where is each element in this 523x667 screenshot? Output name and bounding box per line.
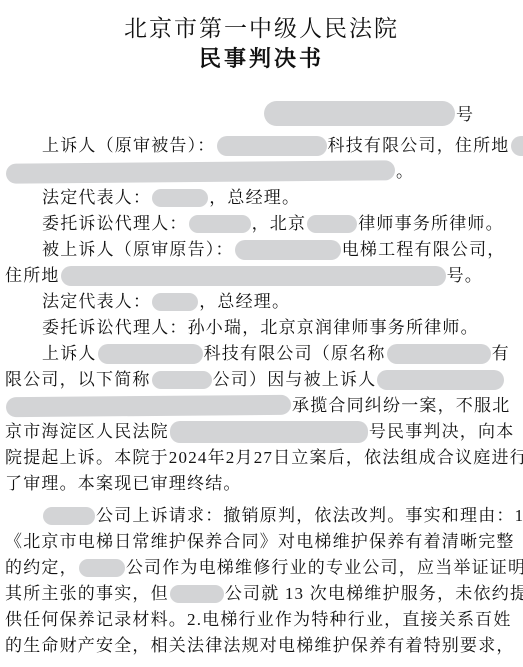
legal-rep-line-2: 法定代表人：，总经理。 — [0, 289, 523, 315]
claim-prefix: 其所主张的事实，但 — [5, 584, 169, 603]
redacted-company-abbrev — [79, 559, 125, 577]
appeal-request-text: 公司上诉请求：撤销原判，依法改判。事实和理由：1. — [96, 506, 523, 525]
appellee-label: 被上诉人（原审原告）： — [42, 240, 234, 259]
judgment-document-page: 北京市第一中级人民法院 民事判决书 号 上诉人（原审被告）：科技有限公司，住所地… — [0, 0, 523, 667]
redacted-case-number — [264, 101, 455, 126]
filing-text: 院提起上诉。本院于2024年2月27日立案后，依法组成合议庭进行 — [5, 448, 523, 467]
redacted-address-start — [511, 136, 523, 156]
agent-city: ，北京 — [252, 214, 307, 233]
legal-rep-title: ，总经理。 — [209, 188, 300, 207]
intro-tail-char: 有 — [492, 344, 510, 363]
redacted-abbrev-name — [152, 371, 212, 389]
agreement-prefix: 的约定， — [5, 558, 78, 577]
intro-company-type: 科技有限公司（原名称 — [204, 344, 386, 363]
appellant-line: 上诉人（原审被告）：科技有限公司，住所地 — [0, 133, 523, 159]
appeal-request-line-4: 其所主张的事实，但公司就 13 次电梯维护服务，未依约提 — [0, 581, 523, 607]
redacted-lower-case-number — [170, 421, 368, 443]
case-intro-line-5: 院提起上诉。本院于2024年2月27日立案后，依法组成合议庭进行 — [0, 445, 523, 471]
lower-judgment-suffix: 号民事判决，向本 — [369, 422, 515, 441]
legal-rep-line-1: 法定代表人：，总经理。 — [0, 185, 523, 211]
appeal-request-line-5: 供任何保养记录材料。2.电梯行业作为特种行业，直接关系百姓 — [0, 607, 523, 633]
redacted-address — [6, 160, 395, 183]
redacted-person-name — [152, 293, 198, 311]
case-intro-line-4: 京市海淀区人民法院号民事判决，向本 — [0, 419, 523, 445]
agreement-suffix: 公司作为电梯维修行业的专业公司，应当举证证明 — [126, 558, 523, 577]
safety-requirement-text: 的生命财产安全，相关法律法规对电梯维护保养有着特别要求， — [5, 636, 515, 655]
redacted-company-name — [98, 344, 203, 364]
redacted-person-name — [152, 189, 208, 207]
agent-full-text: 委托诉讼代理人：孙小瑞，北京京润律师事务所律师。 — [42, 318, 479, 337]
appeal-request-line-1: 公司上诉请求：撤销原判，依法改判。事实和理由：1. — [0, 503, 523, 529]
address-suffix: 号。 — [447, 266, 483, 285]
conclusion-text: 了审理。本案现已审理终结。 — [5, 474, 242, 493]
intro-versus: 公司）因与被上诉人 — [213, 370, 377, 389]
claim-suffix: 公司就 13 次电梯维护服务，未依约提 — [225, 584, 523, 603]
intro-appellant: 上诉人 — [42, 344, 97, 363]
case-intro-line-1: 上诉人科技有限公司（原名称有 — [0, 341, 523, 367]
agent-line-1: 委托诉讼代理人：，北京律师事务所律师。 — [0, 211, 523, 237]
agent-firm-suffix: 律师事务所律师。 — [358, 214, 504, 233]
contract-reference: 《北京市电梯日常维护保养合同》对电梯维护保养有着清晰完整 — [5, 532, 515, 551]
dispute-type: 承揽合同纠纷一案，不服北 — [292, 396, 510, 415]
legal-rep-label: 法定代表人： — [42, 292, 151, 311]
appellant-suffix: 科技有限公司，住所地 — [328, 136, 510, 155]
redacted-firm-name — [307, 215, 357, 233]
case-number-suffix: 号 — [456, 102, 473, 128]
intro-abbrev-prefix: 限公司，以下简称 — [5, 370, 151, 389]
legal-rep-label: 法定代表人： — [42, 188, 151, 207]
case-intro-line-3: 承揽合同纠纷一案，不服北 — [0, 393, 523, 419]
maintenance-records-text: 供任何保养记录材料。2.电梯行业作为特种行业，直接关系百姓 — [5, 610, 512, 629]
appellant-address-line: 。 — [0, 159, 523, 185]
legal-rep-title: ，总经理。 — [199, 292, 290, 311]
appeal-request-line-2: 《北京市电梯日常维护保养合同》对电梯维护保养有着清晰完整 — [0, 529, 523, 555]
document-type-title: 民事判决书 — [0, 45, 523, 73]
court-name-title: 北京市第一中级人民法院 — [0, 14, 523, 44]
redacted-company-name — [217, 136, 327, 156]
redacted-company-abbrev — [170, 585, 224, 603]
redacted-company-name — [235, 240, 341, 260]
lower-court: 京市海淀区人民法院 — [5, 422, 169, 441]
agent-label: 委托诉讼代理人： — [42, 214, 188, 233]
appeal-request-line-6: 的生命财产安全，相关法律法规对电梯维护保养有着特别要求， — [0, 633, 523, 659]
appellee-suffix: 电梯工程有限公司， — [342, 240, 506, 259]
redacted-appellee-name — [377, 370, 504, 390]
appeal-request-line-3: 的约定，公司作为电梯维修行业的专业公司，应当举证证明 — [0, 555, 523, 581]
case-intro-line-6: 了审理。本案现已审理终结。 — [0, 471, 523, 497]
redacted-address — [61, 266, 446, 286]
agent-line-2: 委托诉讼代理人：孙小瑞，北京京润律师事务所律师。 — [0, 315, 523, 341]
case-number-line: 号 — [0, 102, 523, 128]
appellee-line: 被上诉人（原审原告）：电梯工程有限公司， — [0, 237, 523, 263]
redacted-agent-name — [189, 215, 251, 233]
address-period: 。 — [396, 162, 414, 181]
appellant-label: 上诉人（原审被告）： — [42, 136, 216, 155]
case-intro-line-2: 限公司，以下简称公司）因与被上诉人 — [0, 367, 523, 393]
redacted-former-name — [387, 344, 491, 364]
redacted-appellee-name-cont — [6, 394, 291, 416]
redacted-company-abbrev — [43, 507, 95, 525]
address-label: 住所地 — [5, 266, 60, 285]
appellee-address-line: 住所地号。 — [0, 263, 523, 289]
